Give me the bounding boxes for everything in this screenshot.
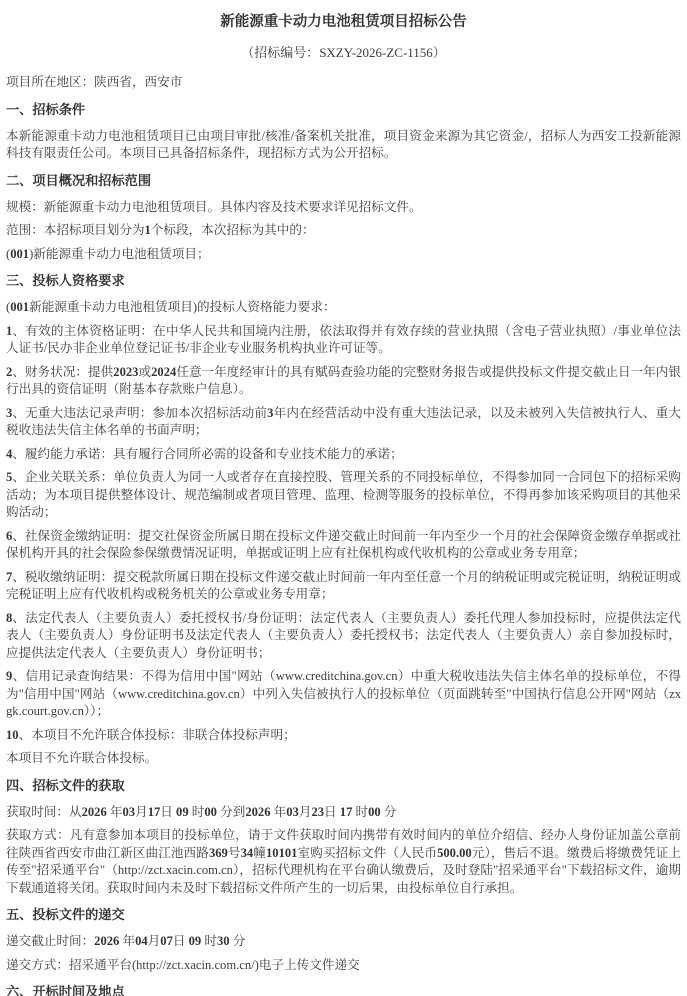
paragraph: (001)新能源重卡动力电池租赁项目；	[6, 246, 681, 264]
document: 新能源重卡动力电池租赁项目招标公告 （招标编号：SXZY-2026-ZC-115…	[0, 0, 687, 996]
paragraph: 2、财务状况：提供2023或2024任意一年度经审计的具有赋码查验功能的完整财务…	[6, 364, 681, 399]
paragraph: 5、企业关联关系：单位负责人为同一人或者存在直接控股、管理关系的不同投标单位，不…	[6, 469, 681, 522]
paragraph: 获取时间：从2026 年03月17日 09 时00 分到2026 年03月23日…	[6, 804, 681, 822]
paragraph: 3、无重大违法记录声明：参加本次招标活动前3年内在经营活动中没有重大违法记录，以…	[6, 405, 681, 440]
paragraph: 10、本项目不允许联合体投标：非联合体投标声明；	[6, 727, 681, 745]
section-heading: 六、开标时间及地点	[6, 983, 681, 996]
paragraph: 递交截止时间：2026 年04月07日 09 时30 分	[6, 933, 681, 951]
tender-number: （招标编号：SXZY-2026-ZC-1156）	[6, 44, 681, 62]
paragraph: 1、有效的主体资格证明：在中华人民共和国境内注册，依法取得并有效存续的营业执照（…	[6, 323, 681, 358]
section-heading: 二、项目概况和招标范围	[6, 172, 681, 190]
paragraph: 本项目不允许联合体投标。	[6, 750, 681, 768]
paragraph: 9、信用记录查询结果：不得为信用中国"网站（www.creditchina.go…	[6, 668, 681, 721]
paragraph: 4、履约能力承诺：具有履行合同所必需的设备和专业技术能力的承诺；	[6, 446, 681, 464]
paragraph: 6、社保资金缴纳证明：提交社保资金所属日期在投标文件递交截止时间前一年内至少一个…	[6, 528, 681, 563]
paragraph: 项目所在地区：陕西省，西安市	[6, 74, 681, 92]
page-title: 新能源重卡动力电池租赁项目招标公告	[6, 13, 681, 32]
paragraph: (001新能源重卡动力电池租赁项目)的投标人资格能力要求：	[6, 299, 681, 317]
section-heading: 三、投标人资格要求	[6, 272, 681, 290]
document-body: 项目所在地区：陕西省，西安市一、招标条件本新能源重卡动力电池租赁项目已由项目审批…	[6, 74, 681, 996]
paragraph: 范围：本招标项目划分为1个标段，本次招标为其中的：	[6, 222, 681, 240]
paragraph: 7、税收缴纳证明：提交税款所属日期在投标文件递交截止时间前一年内至任意一个月的纳…	[6, 569, 681, 604]
section-heading: 五、投标文件的递交	[6, 906, 681, 924]
paragraph: 本新能源重卡动力电池租赁项目已由项目审批/核准/备案机关批准，项目资金来源为其它…	[6, 128, 681, 163]
section-heading: 四、招标文件的获取	[6, 777, 681, 795]
paragraph: 8、法定代表人（主要负责人）委托授权书/身份证明：法定代表人（主要负责人）委托代…	[6, 610, 681, 663]
paragraph: 递交方式：招采通平台(http://zct.xacin.com.cn/)电子上传…	[6, 957, 681, 975]
section-heading: 一、招标条件	[6, 101, 681, 119]
paragraph: 获取方式：凡有意参加本项目的投标单位，请于文件获取时间内携带有效时间内的单位介绍…	[6, 827, 681, 897]
paragraph: 规模：新能源重卡动力电池租赁项目。具体内容及技术要求详见招标文件。	[6, 199, 681, 217]
